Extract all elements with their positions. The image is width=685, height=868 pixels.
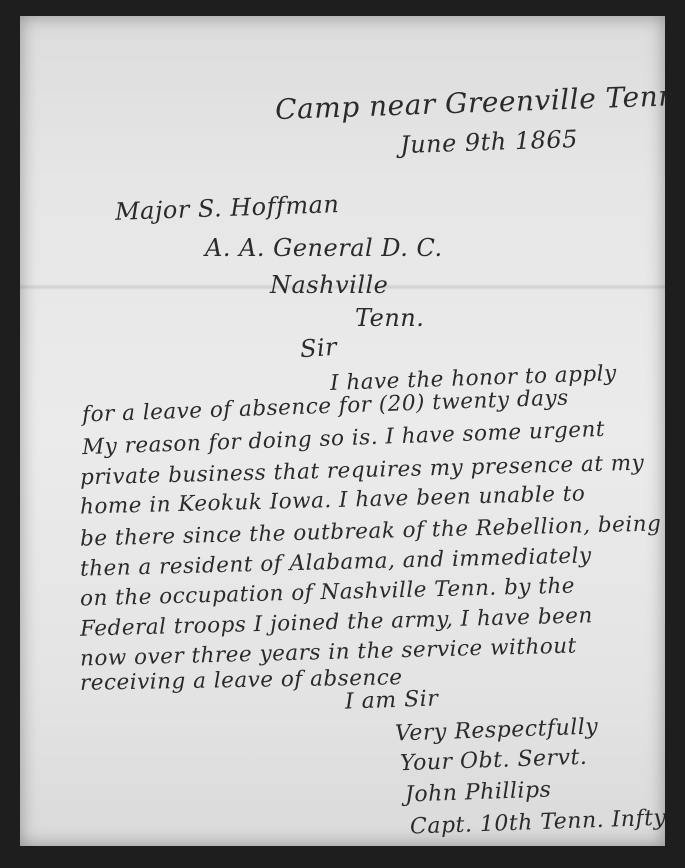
letter-page: Camp near Greenville Tenn. June 9th 1865…	[20, 16, 665, 846]
closing-line-1: I am Sir	[345, 686, 439, 714]
letter-date: June 9th 1865	[400, 125, 579, 159]
salutation: Sir	[299, 333, 338, 364]
scan-frame: Camp near Greenville Tenn. June 9th 1865…	[0, 0, 685, 868]
recipient-title: A. A. General D. C.	[205, 234, 443, 262]
recipient-city: Nashville	[270, 271, 388, 299]
recipient-name: Major S. Hoffman	[115, 190, 340, 226]
recipient-state: Tenn.	[355, 304, 424, 332]
letter-place: Camp near Greenville Tenn.	[275, 79, 665, 126]
closing-line-2: Very Respectfully	[395, 714, 599, 746]
closing-line-3: Your Obt. Servt.	[400, 745, 588, 777]
signature: John Phillips	[405, 777, 552, 807]
signature-rank: Capt. 10th Tenn. Infty.	[410, 805, 665, 839]
